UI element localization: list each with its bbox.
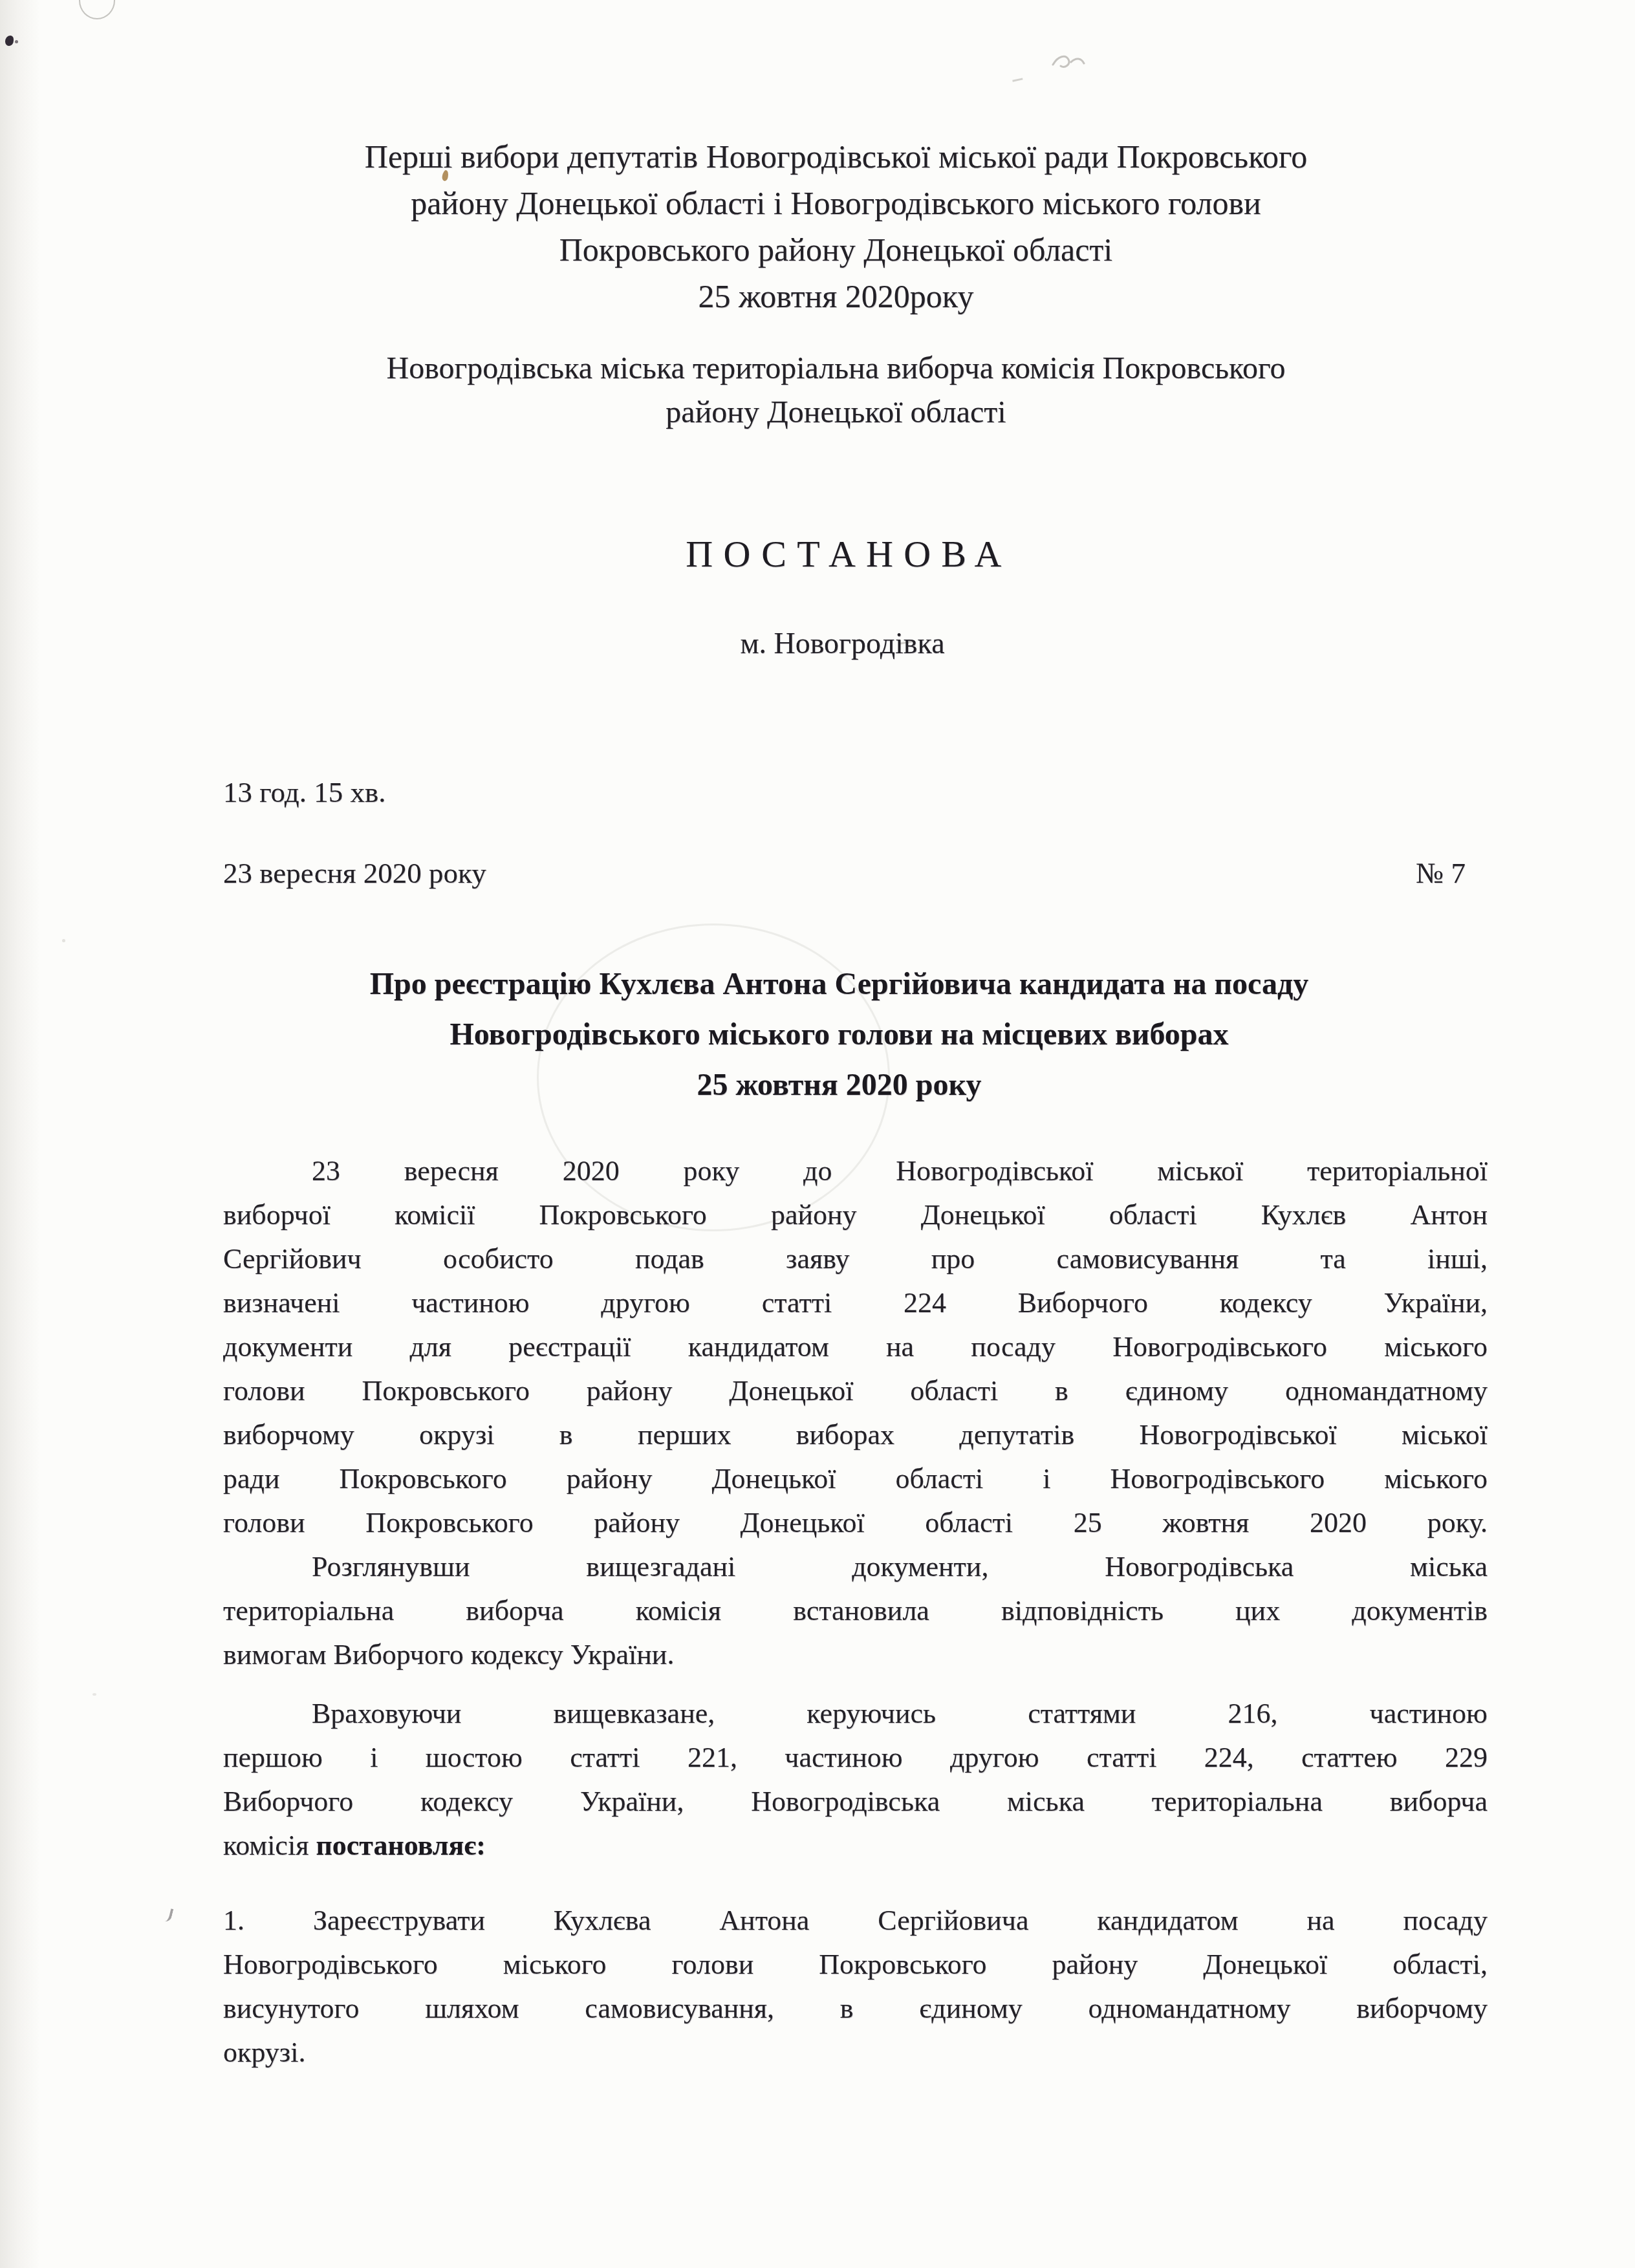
paragraph-line: Виборчого кодексу України, Новогродівськ… [223,1780,1488,1824]
place-city-line: м. Новогродівка [223,624,1488,663]
resolution-title-line: Про реєстрацію Кухлєва Антона Сергійович… [223,959,1455,1010]
paragraph-line: 23 вересня 2020 року до Новогродівської … [223,1149,1488,1193]
document-number: № 7 [1416,854,1488,892]
resolution-title: Про реєстрацію Кухлєва Антона Сергійович… [223,959,1488,1110]
paragraph-registration-request: 23 вересня 2020 року до Новогродівської … [223,1149,1488,1545]
paragraph-line: вимогам Виборчого кодексу України. [223,1633,1488,1677]
paragraph-line: територіальна виборча комісія встановила… [223,1589,1488,1633]
speck-artifact [92,1693,96,1696]
scanned-resolution-page: Перші вибори депутатів Новогродівської м… [0,0,1635,2268]
item-line: висунутого шляхом самовисування, в єдино… [223,1987,1488,2031]
resolution-title-line: Новогродівського міського голови на місц… [223,1010,1455,1060]
scan-left-edge [0,0,40,2268]
paragraph-line: голови Покровського району Донецької обл… [223,1501,1488,1545]
paragraph-review: Розглянувши вищезгадані документи, Новог… [223,1545,1488,1677]
document-type-heading: ПОСТАНОВА [223,535,1488,574]
date-number-row: 23 вересня 2020 року № 7 [223,854,1488,892]
election-header: Перші вибори депутатів Новогродівської м… [223,133,1488,319]
ink-dot-artifact [15,40,18,43]
paragraph-line: голови Покровського району Донецької обл… [223,1369,1488,1413]
commission-name: Новогродівська міська територіальна вибо… [223,347,1488,435]
paragraph-line: Розглянувши вищезгадані документи, Новог… [223,1545,1488,1589]
election-header-line: Покровського району Донецької області [223,226,1449,273]
paragraph-line: Враховуючи вищевказане, керуючись стаття… [223,1692,1488,1736]
item-line: 1. Зареєструвати Кухлєва Антона Сергійов… [223,1899,1488,1943]
paragraph-line-resolves: комісія постановляє: [223,1824,1488,1868]
paragraph-line: виборчому окрузі в перших виборах депута… [223,1413,1488,1457]
pencil-arc-artifact [79,0,115,19]
resolution-item-1: 1. Зареєструвати Кухлєва Антона Сергійов… [223,1899,1488,2075]
document-body: Перші вибори депутатів Новогродівської м… [223,0,1488,2075]
resolution-title-line: 25 жовтня 2020 року [223,1060,1455,1110]
paragraph-legal-basis: Враховуючи вищевказане, керуючись стаття… [223,1692,1488,1868]
commission-name-line: району Донецької області [223,391,1449,435]
paragraph-line: першою і шостою статті 221, частиною дру… [223,1736,1488,1780]
election-header-line: району Донецької області і Новогродівськ… [223,180,1449,226]
pencil-tick-artifact [162,1907,174,1923]
paragraph-line: визначені частиною другою статті 224 Виб… [223,1281,1488,1325]
resolves-keyword: постановляє: [316,1830,486,1861]
commission-name-line: Новогродівська міська територіальна вибо… [223,347,1449,391]
paragraph-line: Сергійович особисто подав заяву про само… [223,1237,1488,1281]
item-line: Новогродівського міського голови Покровс… [223,1943,1488,1987]
speck-artifact [62,939,65,942]
paragraph-line: виборчої комісії Покровського району Дон… [223,1193,1488,1237]
session-date: 23 вересня 2020 року [223,854,486,892]
resolves-prefix: комісія [223,1830,316,1861]
session-time-line: 13 год. 15 хв. [223,773,1488,812]
election-header-line: Перші вибори депутатів Новогродівської м… [223,133,1449,180]
paragraph-line: документи для реєстрації кандидатом на п… [223,1325,1488,1369]
election-date-line: 25 жовтня 2020року [223,273,1449,319]
item-line: окрузі. [223,2031,1488,2075]
paragraph-line: ради Покровського району Донецької облас… [223,1457,1488,1501]
